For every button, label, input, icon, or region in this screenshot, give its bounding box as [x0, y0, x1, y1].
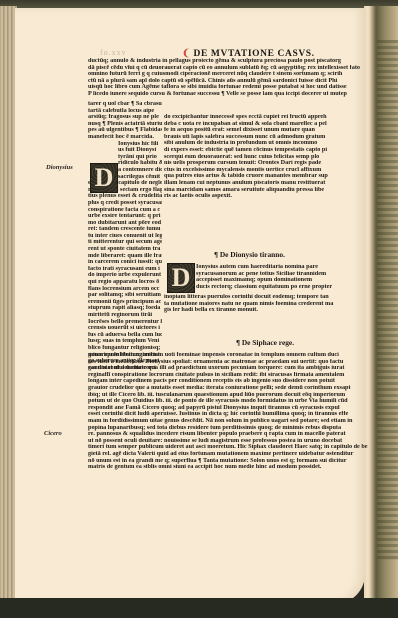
text-line: illam lenam cui neptunus anulum piscator… [164, 180, 368, 187]
text-line: us fuit Dionysi [88, 147, 162, 154]
text-line: gnum confulebatur: cerciam uoti foeminae… [88, 352, 374, 359]
section-heading-text: ¶ De Dionysio tiranno. [214, 250, 285, 259]
text-line: dā piscē cēdu vīui q cū deuorauerat capt… [88, 65, 368, 72]
paragraph-continuation: inopiam litteras puerulos corinthi docui… [164, 294, 368, 314]
text-line: fus cū aduersa bella cum luc [88, 332, 162, 339]
book-bottom-shadow [0, 598, 398, 618]
text-line: ta mutatione maiores natu ne quam nimis … [164, 301, 368, 308]
text-line: pes aū ulgentibus ¶ Flabidas [88, 127, 162, 134]
margin-note-cicero: Cicero [44, 430, 62, 437]
text-line: nusq ¶ Plenis actatriā sturiu fā [88, 121, 162, 128]
text-line: tyrāni qui prio [88, 154, 162, 161]
text-line: tartā calebutla locus aipe [88, 108, 162, 115]
text-line: gietā rel. agē dicta Valerii quid ad eiu… [88, 451, 374, 458]
text-line: potum ut de quo Ouidius lib. iii. de pon… [88, 398, 374, 405]
text-line: eos lusit a melioribus Dionysius spoliat… [88, 359, 374, 366]
book-scan: fo.xxv ❨ DE MVTATIONE CASVS. ductūq; ann… [0, 0, 398, 618]
text-line: tius plenus esset & crudelitat [88, 193, 162, 200]
text-line: respondit ane Famā Cicero quoq; ad papyr… [88, 405, 374, 412]
text-line: stuprum rapit aliasq; foeda cō [88, 305, 162, 312]
text-line: sibi anulum de industria in profundum ut… [164, 140, 368, 147]
text-line: ducis rectorq; classium equitatuum po er… [196, 284, 368, 291]
text-line: tarer q uol cbar ¶ Sa cbrasul q [88, 101, 162, 108]
text-line: eremonii ūges principum ac [88, 299, 162, 306]
text-line: brauis uti lapis salebra successum nunc … [164, 134, 368, 141]
left-commentary-column: tarer q uol cbar ¶ Sa cbrasul q tartā ca… [88, 101, 162, 371]
text-line: ret: tandem crescente tumu [88, 226, 162, 233]
text-line: ctus in excelsissimo mycalensis montis u… [164, 167, 368, 174]
text-line: esset corinthi dicit ludū aperuisse. Ius… [88, 411, 374, 418]
text-line: syracusanorum ac pene totius Siciliae ti… [196, 271, 368, 278]
text-line: lusq; suas in templum Veni [88, 338, 162, 345]
text-line: do imperio urbe expulerunt [88, 272, 162, 279]
section-heading-text: ¶ De Siphace rege. [236, 338, 294, 347]
text-line: tu inter ciues conuenit ut leg [88, 233, 162, 240]
text-line: ductūq; annulo & industria in pellagus p… [88, 58, 368, 65]
text-line: flans locrensium arcem occ [88, 286, 162, 293]
text-line: qua putres eius artus & tabido cruore ma… [164, 173, 368, 180]
text-line: gis ler hadi bella ex tiranno monuit. [164, 307, 368, 314]
text-line: facto irati syracusani eum i [88, 266, 162, 273]
full-width-text-top: ductūq; annulo & industria in pellagus p… [88, 58, 368, 98]
text-line: timeri tum semper publicum uideret aut a… [88, 444, 374, 451]
margin-note-dionysius: Dionysius [46, 164, 73, 171]
text-line: rent ut sponte ciuitatem tra [88, 246, 162, 253]
section-heading-siphace: ¶ De Siphace rege. [236, 338, 294, 347]
text-line: crensis uouerūt si uictores i [88, 325, 162, 332]
text-line: plus q credi posset syracusan [88, 200, 162, 207]
text-line: matris de gentum ea siblis omni siuni ea… [88, 464, 374, 471]
text-line: manefecit hoc ē marcida. [88, 134, 162, 141]
text-line: par solitamq; sibi seruitiam e [88, 292, 162, 299]
text-line: mo dubitarunt ant pōre eod [88, 220, 162, 227]
decorated-initial-d: D [167, 263, 195, 293]
decorated-initial-d: D [90, 163, 118, 193]
initial-paragraph: Ionysius autem cum haereditaria nomina p… [196, 264, 368, 290]
text-line: inopiam litteras puerulos corinthi docui… [164, 294, 368, 301]
text-line: deba c uota re incupaban at simul & sola… [164, 121, 368, 128]
text-line: ut nō possent oculi deuitare: nouissime … [88, 438, 374, 445]
folio-number: fo.xxv [100, 48, 127, 57]
text-line: Iocrēses bello premerentur lu [88, 319, 162, 326]
text-line: nō unum est in ea grandi me q; superflua… [88, 458, 374, 465]
text-line: qui regio apparatu locros ō [88, 279, 162, 286]
facing-page-edge [377, 40, 398, 560]
text-line: omnino futurū ferri g q cuiusmodi cipera… [88, 71, 368, 78]
text-line: miritetū reginorum tirāi [88, 312, 162, 319]
text-line: arsiūq; fragosus sup ne ple [88, 114, 162, 121]
text-line: accepisset maximamq; opum dominationem [196, 277, 368, 284]
section-heading-dionysio: ¶ De Dionysio tiranno. [214, 250, 285, 259]
text-line: popina lupanaribusq; sed tota diebus res… [88, 425, 374, 432]
text-line: ris ac laetis oculis aspexit. [164, 193, 368, 200]
text-line: ibiq; ut ille Cicero lib. iii. tusculana… [88, 392, 374, 399]
text-line: grauior crudelior que a mutatis esset me… [88, 385, 374, 392]
main-text-column: do excipichantur innecessē spes ecctā cu… [164, 114, 368, 200]
text-line: fe in aequo positū erat: semel dixisset … [164, 127, 368, 134]
text-line: mde liberaret: quam ille frat [88, 253, 162, 260]
text-line: conspiratione facta cum a c [88, 207, 162, 214]
text-line: eas distat ut a ueritate qua illi ad pra… [88, 365, 374, 372]
text-line: longam inter capedinem pacis per conditi… [88, 378, 374, 385]
text-line: do excipichantur innecessē spes ecctā cu… [164, 114, 368, 121]
text-line: blico fungantur religionisq; [88, 345, 162, 352]
text-line: Ionysius hic fili [88, 141, 162, 148]
text-line: ctū nā a plurā sam apī dolo captū sū spē… [88, 78, 368, 85]
text-line: scerqui eum deuorauerat: sed hunc cuius … [164, 154, 368, 161]
text-line: di expers esset: ebictie quē tamen cōcin… [164, 147, 368, 154]
full-width-text-bottom: gnum confulebatur: cerciam uoti foeminae… [88, 352, 374, 471]
text-line: re. pannosus & squalidus incedere risum … [88, 431, 374, 438]
text-line: P licedo iunere sequido cursu & fortunae… [88, 91, 368, 98]
text-line: reginaflī conspiratione locrorum ciuitat… [88, 372, 374, 379]
text-line: nis uelis prosperum cursum tenuit: Oront… [164, 160, 368, 167]
text-line: mam in fordidissimum uitae genus descēdi… [88, 418, 374, 425]
text-line: urbe exsire tentarunt: q pri [88, 213, 162, 220]
text-line: Ionysius autem cum haereditaria nomina p… [196, 264, 368, 271]
text-line: in carcerem conici iussit: quo [88, 259, 162, 266]
text-line: ti mitterentur qui secum age [88, 239, 162, 246]
text-line: uisqū hoc libro cum Agēme taflora se sib… [88, 84, 368, 91]
text-line: sina marcidam samos amara seruitute aliq… [164, 187, 368, 194]
